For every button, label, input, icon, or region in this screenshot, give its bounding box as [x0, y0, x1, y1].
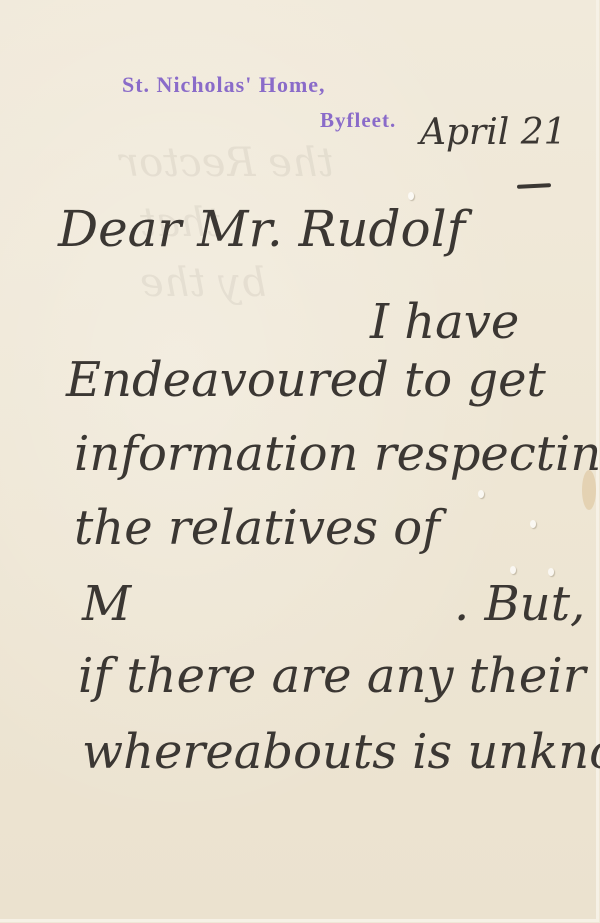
letter-date: April 21	[420, 112, 567, 153]
body-line: information respecting	[74, 426, 600, 482]
letter-page: the Rector that by the St. Nicholas' Hom…	[0, 0, 599, 922]
bleed-through-text: by the	[140, 260, 266, 306]
body-line: the relatives of	[74, 500, 440, 556]
redacted-name	[140, 590, 440, 640]
paper-speck	[478, 490, 484, 498]
bleed-through-text: the Rector	[120, 140, 334, 186]
salutation: Dear Mr. Rudolf	[58, 200, 465, 258]
body-line: I have	[370, 294, 519, 350]
paper-speck	[408, 192, 414, 200]
letterhead-stamp-place: Byfleet.	[320, 108, 396, 133]
body-line: whereabouts is unknown	[82, 724, 600, 780]
paper-speck	[530, 520, 536, 528]
paper-stain	[582, 470, 596, 510]
letterhead-stamp-name: St. Nicholas' Home,	[122, 72, 326, 98]
body-line: if there are any their	[78, 648, 586, 704]
paper-speck	[510, 566, 516, 574]
body-line: . But,	[454, 576, 585, 632]
body-line: M	[82, 576, 131, 632]
date-underline	[517, 183, 551, 189]
paper-speck	[548, 568, 554, 576]
body-line: Endeavoured to get	[66, 352, 546, 408]
